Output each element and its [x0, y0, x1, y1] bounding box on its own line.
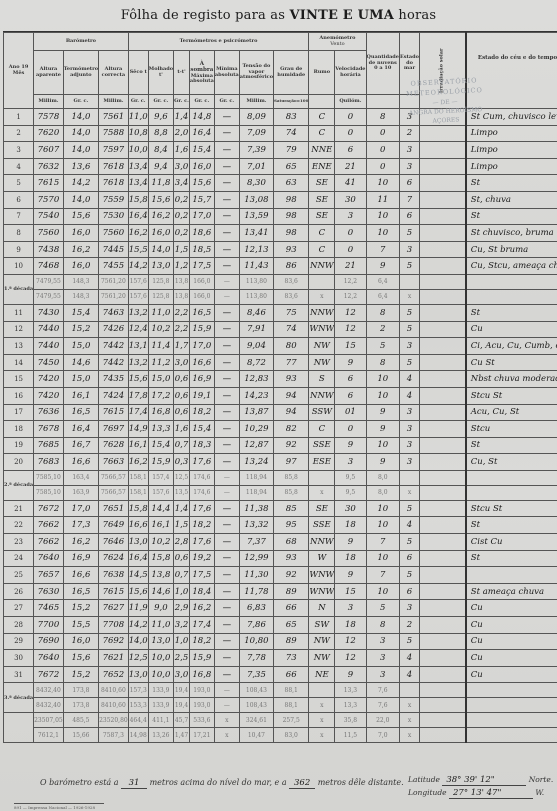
cell-mar: 3: [400, 241, 420, 258]
cell-vel: 0: [335, 225, 366, 242]
cell-irradiacao: [420, 421, 466, 438]
cell-irradiacao: [420, 666, 466, 683]
decade-value: x: [309, 485, 335, 500]
cell-hum: 92: [274, 437, 309, 454]
cell-min: —: [214, 500, 239, 517]
sky-description: Limpo: [466, 125, 557, 142]
sky-description: [466, 698, 557, 713]
cell-term: 16,0: [63, 633, 98, 650]
sky-description: Nbst chuva moderada, contínua: [466, 371, 557, 388]
distance-value: 362: [289, 778, 315, 789]
cell-t: 16,2: [128, 225, 148, 242]
cell-max: 15,6: [189, 175, 214, 192]
cell-t: 10,8: [128, 125, 148, 142]
cell-vap: 13,32: [239, 517, 273, 534]
decade-value: 12,2: [335, 274, 366, 289]
total-value: 7587,3: [99, 728, 129, 743]
cell-corr: 7463: [99, 304, 129, 321]
total-value: x: [214, 728, 239, 743]
day-number: 10: [4, 258, 34, 275]
cell-min: —: [214, 321, 239, 338]
unit: Millim.: [239, 95, 273, 109]
cell-max: 16,8: [189, 666, 214, 683]
cell-d: 1,4: [174, 109, 190, 126]
cell-vap: 8,30: [239, 175, 273, 192]
cell-max: 19,2: [189, 550, 214, 567]
cell-t: 13,2: [128, 304, 148, 321]
sky-description: [466, 289, 557, 304]
col-seco: Sêco t: [128, 51, 148, 95]
cell-rumo: NNW: [309, 304, 335, 321]
unit: Saturação=100: [274, 95, 309, 109]
cell-max: 18,2: [189, 517, 214, 534]
decade-value: —: [214, 698, 239, 713]
cell-max: 17,6: [189, 454, 214, 471]
cell-nuv: 0: [366, 125, 400, 142]
cell-tw: 9,0: [148, 600, 173, 617]
day-number: 22: [4, 517, 34, 534]
decade-value: x: [309, 698, 335, 713]
total-value: 23520,80: [99, 713, 129, 728]
cell-min: —: [214, 617, 239, 634]
decade-value: 13,8: [174, 289, 190, 304]
cell-max: 18,6: [189, 225, 214, 242]
cell-vel: 9: [335, 567, 366, 584]
cell-alt: 7662: [34, 517, 64, 534]
decade-value: 8410,60: [99, 698, 129, 713]
sky-description: Cu: [466, 600, 557, 617]
day-number: 29: [4, 633, 34, 650]
decade-value: x: [400, 698, 420, 713]
cell-vel: 01: [335, 404, 366, 421]
day-number: 18: [4, 421, 34, 438]
cell-term: 15,2: [63, 321, 98, 338]
table-row: 5761514,2761813,411,83,415,6—8,3063SE411…: [4, 175, 557, 192]
day-number: 4: [4, 158, 34, 175]
cell-mar: 5: [400, 321, 420, 338]
sky-description: St: [466, 437, 557, 454]
cell-irradiacao: [420, 142, 466, 159]
cell-hum: 66: [274, 666, 309, 683]
cell-term: 15,0: [63, 371, 98, 388]
cell-irradiacao: [420, 500, 466, 517]
cell-t: 17,8: [128, 387, 148, 404]
col-tensao: Tensão do vapor atmosférico: [239, 51, 273, 95]
cell-vap: 13,41: [239, 225, 273, 242]
cell-t: 13,0: [128, 534, 148, 551]
unit: Gr. c.: [148, 95, 173, 109]
latitude-line: Latitude 38° 39' 12" Norte.: [408, 775, 553, 786]
total-value: 257,5: [274, 713, 309, 728]
total-value: 14,98: [128, 728, 148, 743]
cell-nuv: 0: [366, 142, 400, 159]
table-row: 30764015,6762112,510,02,515,9—7,7873NW12…: [4, 650, 557, 667]
cell-max: 15,4: [189, 421, 214, 438]
table-row: 20768316,6766316,215,90,317,6—13,2497ESE…: [4, 454, 557, 471]
register-table: Ano 19Mês Barómetro Termómetros e psicró…: [3, 32, 557, 743]
cell-hum: 89: [274, 633, 309, 650]
cell-term: 14,0: [63, 109, 98, 126]
observatory-stamp: OBSERVATÓRIO METEOROLÓGICO — DE — ANGRA …: [384, 75, 506, 128]
cell-d: 1,6: [174, 421, 190, 438]
cell-d: 2,2: [174, 321, 190, 338]
latitude-value: 38° 39' 12": [442, 775, 526, 786]
cell-tw: 11,0: [148, 617, 173, 634]
cell-tw: 10,0: [148, 650, 173, 667]
cell-alt: 7440: [34, 338, 64, 355]
cell-alt: 7672: [34, 666, 64, 683]
cell-hum: 79: [274, 142, 309, 159]
cell-corr: 7651: [99, 500, 129, 517]
decade-value: 6,4: [366, 274, 400, 289]
col-rumo: Rumo: [309, 51, 335, 95]
cell-vap: 8,09: [239, 109, 273, 126]
day-number: 28: [4, 617, 34, 634]
decade-value: 118,94: [239, 470, 273, 485]
cell-mar: 6: [400, 208, 420, 225]
cell-mar: 7: [400, 191, 420, 208]
day-number: 2: [4, 125, 34, 142]
table-row: 8756016,0756016,216,00,218,6—13,4198C010…: [4, 225, 557, 242]
cell-vel: 0: [335, 125, 366, 142]
cell-t: 16,4: [128, 208, 148, 225]
cell-vel: 12: [335, 321, 366, 338]
day-number: 14: [4, 354, 34, 371]
decade-summary-row: 1.ª década7479,55148,37561,20157,6125,81…: [4, 274, 557, 289]
cell-vap: 7,09: [239, 125, 273, 142]
cell-nuv: 10: [366, 583, 400, 600]
cell-corr: 7692: [99, 633, 129, 650]
total-value: x: [400, 713, 420, 728]
sky-description: Acu, Cu, St: [466, 404, 557, 421]
col-diff: t-t': [174, 51, 190, 95]
decade-value: 7,6: [366, 698, 400, 713]
cell-min: —: [214, 633, 239, 650]
cell-alt: 7678: [34, 421, 64, 438]
printer-mark: 891 — Imprensa Nacional — 1926-1928: [14, 803, 104, 810]
cell-hum: 75: [274, 304, 309, 321]
cell-corr: 7615: [99, 583, 129, 600]
cell-mar: 3: [400, 142, 420, 159]
decade-value: 8,0: [366, 485, 400, 500]
total-value: 23507,05: [34, 713, 64, 728]
cell-corr: 7615: [99, 404, 129, 421]
cell-term: 16,0: [63, 258, 98, 275]
decade-value: x: [400, 289, 420, 304]
cell-rumo: ENE: [309, 158, 335, 175]
table-row: 9743816,2744515,514,01,518,5—12,1393C073…: [4, 241, 557, 258]
total-value: 411,1: [148, 713, 173, 728]
cell-term: 14,0: [63, 191, 98, 208]
decade-value: 13,5: [174, 485, 190, 500]
cell-vap: 7,35: [239, 666, 273, 683]
cell-mar: 3: [400, 437, 420, 454]
cell-rumo: WNW: [309, 321, 335, 338]
day-number: 12: [4, 321, 34, 338]
sky-description: St: [466, 304, 557, 321]
cell-vel: 41: [335, 175, 366, 192]
cell-t: 15,8: [128, 500, 148, 517]
sky-description: St: [466, 550, 557, 567]
unit: [309, 95, 335, 109]
cell-max: 18,2: [189, 633, 214, 650]
cell-min: —: [214, 567, 239, 584]
cell-mar: 4: [400, 371, 420, 388]
cell-d: 0,6: [174, 550, 190, 567]
cell-vap: 13,59: [239, 208, 273, 225]
cell-tw: 15,0: [148, 371, 173, 388]
cell-hum: 74: [274, 125, 309, 142]
cell-irradiacao: [420, 289, 466, 304]
unit: Gr. c.: [189, 95, 214, 109]
sky-description: [466, 274, 557, 289]
decade-value: 193,0: [189, 698, 214, 713]
cell-vel: 18: [335, 550, 366, 567]
cell-corr: 7646: [99, 534, 129, 551]
decade-value: 118,94: [239, 485, 273, 500]
cell-term: 15,6: [63, 650, 98, 667]
cell-irradiacao: [420, 567, 466, 584]
cell-rumo: SSE: [309, 517, 335, 534]
cell-tw: 17,2: [148, 387, 173, 404]
sky-description: Cu: [466, 321, 557, 338]
cell-irradiacao: [420, 158, 466, 175]
cell-tw: 15,6: [148, 191, 173, 208]
cell-max: 18,2: [189, 404, 214, 421]
cell-corr: 7561: [99, 109, 129, 126]
cell-irradiacao: [420, 698, 466, 713]
cell-tw: 11,0: [148, 304, 173, 321]
day-number: 5: [4, 175, 34, 192]
col-humidade: Grau de humidade: [274, 51, 309, 95]
cell-term: 16,2: [63, 241, 98, 258]
cell-vap: 7,37: [239, 534, 273, 551]
table-row: 24764016,9762416,415,80,619,2—12,9993W18…: [4, 550, 557, 567]
cell-tw: 10,0: [148, 666, 173, 683]
cell-rumo: NW: [309, 633, 335, 650]
cell-tw: 8,4: [148, 142, 173, 159]
cell-min: —: [214, 158, 239, 175]
sky-description: St, chuva: [466, 191, 557, 208]
cell-vap: 13,08: [239, 191, 273, 208]
day-number: 20: [4, 454, 34, 471]
cell-vel: 12: [335, 650, 366, 667]
decade-value: 7561,20: [99, 274, 129, 289]
cell-rumo: WNW: [309, 567, 335, 584]
cell-hum: 63: [274, 175, 309, 192]
cell-rumo: NNE: [309, 142, 335, 159]
cell-t: 16,1: [128, 437, 148, 454]
cell-d: 1,2: [174, 258, 190, 275]
totals-row: 23507,05485,523520,80464,4411,145,7533,6…: [4, 713, 557, 728]
decade-value: 19,4: [174, 683, 190, 698]
decade-value: 7479,55: [34, 274, 64, 289]
table-row: 15742015,0743515,615,00,616,9—12,8393S61…: [4, 371, 557, 388]
cell-rumo: SSW: [309, 404, 335, 421]
cell-d: 1,5: [174, 517, 190, 534]
sky-description: Cu: [466, 650, 557, 667]
longitude-suffix: W.: [535, 788, 544, 797]
cell-term: 14,0: [63, 125, 98, 142]
cell-alt: 7683: [34, 454, 64, 471]
cell-t: 14,2: [128, 258, 148, 275]
cell-vel: 3: [335, 454, 366, 471]
unit: Gr. c.: [128, 95, 148, 109]
day-number: 6: [4, 191, 34, 208]
cell-hum: 83: [274, 109, 309, 126]
cell-term: 16,9: [63, 550, 98, 567]
table-row: 18767816,4769714,913,31,615,4—10,2982C09…: [4, 421, 557, 438]
cell-min: —: [214, 666, 239, 683]
cell-d: 1,6: [174, 142, 190, 159]
cell-t: 15,6: [128, 371, 148, 388]
sky-description: Stcu St: [466, 500, 557, 517]
cell-vap: 9,04: [239, 338, 273, 355]
cell-vel: 18: [335, 517, 366, 534]
cell-max: 18,5: [189, 241, 214, 258]
cell-nuv: 10: [366, 175, 400, 192]
cell-term: 15,4: [63, 304, 98, 321]
sky-description: Limpo: [466, 142, 557, 159]
decade-value: 13,8: [174, 274, 190, 289]
decade-value: 108,43: [239, 683, 273, 698]
decade-value: 157,6: [128, 289, 148, 304]
day-number: 17: [4, 404, 34, 421]
table-row: 14745014,6744213,211,23,016,6—8,7277NW98…: [4, 354, 557, 371]
decade-value: 133,9: [148, 683, 173, 698]
decade-value: 7566,57: [99, 485, 129, 500]
cell-hum: 65: [274, 617, 309, 634]
longitude-label: Longitude: [408, 788, 447, 797]
note-text: metros acima do nível do mar, e a: [150, 778, 287, 787]
cell-corr: 7597: [99, 142, 129, 159]
cell-irradiacao: [420, 550, 466, 567]
cell-vel: 21: [335, 258, 366, 275]
cell-min: —: [214, 142, 239, 159]
cell-vap: 12,13: [239, 241, 273, 258]
cell-nuv: 3: [366, 650, 400, 667]
cell-term: 17,3: [63, 517, 98, 534]
cell-alt: 7632: [34, 158, 64, 175]
cell-irradiacao: [420, 208, 466, 225]
day-number: 15: [4, 371, 34, 388]
cell-vel: 18: [335, 617, 366, 634]
cell-min: —: [214, 225, 239, 242]
total-value: x: [309, 728, 335, 743]
table-row: 17763616,5761517,416,80,618,2—13,8794SSW…: [4, 404, 557, 421]
cell-t: 16,4: [128, 550, 148, 567]
cell-tw: 11,4: [148, 338, 173, 355]
cell-tw: 16,1: [148, 517, 173, 534]
cell-min: —: [214, 517, 239, 534]
decade-value: 163,9: [63, 485, 98, 500]
cell-vap: 12,83: [239, 371, 273, 388]
cell-corr: 7588: [99, 125, 129, 142]
cell-vap: 8,46: [239, 304, 273, 321]
decade-value: 83,6: [274, 274, 309, 289]
cell-irradiacao: [420, 617, 466, 634]
cell-vap: 7,78: [239, 650, 273, 667]
cell-irradiacao: [420, 338, 466, 355]
total-value: 1,47: [174, 728, 190, 743]
cell-nuv: 11: [366, 191, 400, 208]
cell-rumo: SW: [309, 617, 335, 634]
cell-hum: 93: [274, 241, 309, 258]
cell-tw: 16,0: [148, 225, 173, 242]
decade-value: 7,6: [366, 683, 400, 698]
cell-hum: 94: [274, 387, 309, 404]
cell-d: 0,7: [174, 567, 190, 584]
cell-tw: 13,0: [148, 258, 173, 275]
cell-vel: 12: [335, 304, 366, 321]
cell-vap: 12,87: [239, 437, 273, 454]
decade-value: 148,3: [63, 274, 98, 289]
cell-nuv: 10: [366, 550, 400, 567]
cell-max: 15,7: [189, 191, 214, 208]
cell-max: 16,5: [189, 304, 214, 321]
cell-d: 2,8: [174, 534, 190, 551]
cell-irradiacao: [420, 470, 466, 485]
cell-max: 14,8: [189, 109, 214, 126]
cell-term: 16,4: [63, 421, 98, 438]
cell-d: 0,6: [174, 387, 190, 404]
cell-mar: 5: [400, 567, 420, 584]
cell-hum: 80: [274, 338, 309, 355]
decade-value: 157,6: [148, 485, 173, 500]
cell-term: 16,2: [63, 534, 98, 551]
cell-vel: 21: [335, 158, 366, 175]
cell-tw: 8,8: [148, 125, 173, 142]
table-row: 10746816,0745514,213,01,217,5—11,4386NNW…: [4, 258, 557, 275]
totals-label: [4, 713, 34, 743]
table-row: 16742016,1742417,817,20,619,1—14,2394NNW…: [4, 387, 557, 404]
cell-vap: 13,24: [239, 454, 273, 471]
cell-term: 14,6: [63, 354, 98, 371]
cell-vap: 13,87: [239, 404, 273, 421]
cell-corr: 7455: [99, 258, 129, 275]
cell-irradiacao: [420, 371, 466, 388]
cell-irradiacao: [420, 241, 466, 258]
cell-min: —: [214, 304, 239, 321]
decade-label: 1.ª década: [4, 274, 34, 304]
total-value: x: [400, 728, 420, 743]
table-row: 23766216,2764613,010,22,817,6—7,3768NNW9…: [4, 534, 557, 551]
table-row: 27746515,2762711,99,02,916,2—6,8366N353C…: [4, 600, 557, 617]
cell-tw: 15,4: [148, 437, 173, 454]
cell-vel: 12: [335, 633, 366, 650]
cell-hum: 93: [274, 371, 309, 388]
cell-min: —: [214, 354, 239, 371]
year-month-header: Ano 19Mês: [4, 33, 34, 109]
cell-term: 16,7: [63, 437, 98, 454]
table-row: 3760714,0759710,08,41,615,4—7,3979NNE603…: [4, 142, 557, 159]
cell-vel: 9: [335, 534, 366, 551]
cell-irradiacao: [420, 304, 466, 321]
cell-min: —: [214, 437, 239, 454]
day-number: 24: [4, 550, 34, 567]
day-number: 23: [4, 534, 34, 551]
cell-vel: 6: [335, 371, 366, 388]
register-body: 1757814,0756111,09,61,414,8—8,0983C083St…: [4, 109, 557, 743]
cell-t: 11,9: [128, 600, 148, 617]
cell-tw: 14,0: [148, 241, 173, 258]
cell-max: 17,4: [189, 617, 214, 634]
col-molhado: Molhado t': [148, 51, 173, 95]
cell-max: 17,6: [189, 500, 214, 517]
page-title: Fôlha de registo para as VINTE E UMA hor…: [0, 8, 557, 23]
decade-value: 113,80: [239, 274, 273, 289]
longitude-line: Longitude 27° 13' 47" W.: [408, 788, 544, 799]
